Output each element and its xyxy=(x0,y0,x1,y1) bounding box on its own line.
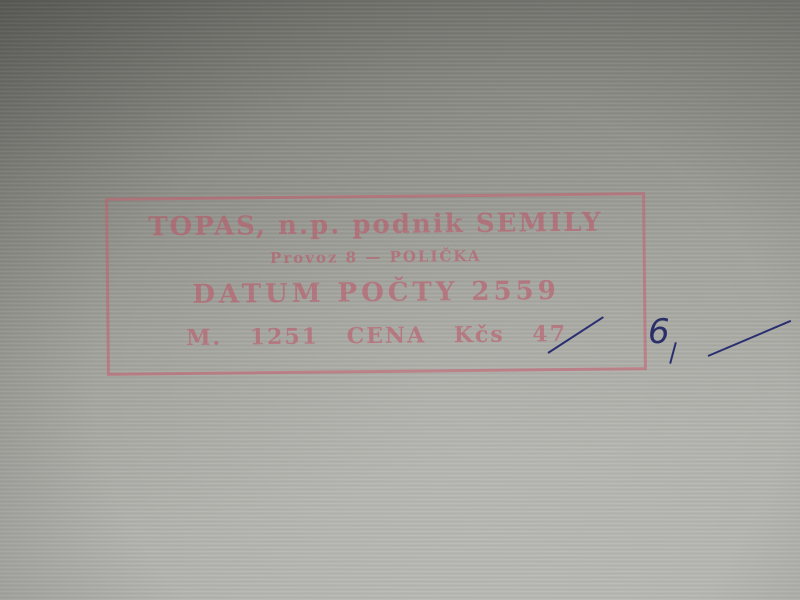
handwritten-price: 6 xyxy=(648,312,670,352)
handwritten-dash xyxy=(708,320,792,357)
stamp-line-location: Provoz 8 — POLIČKA xyxy=(109,245,643,269)
stamp-line-price: M. 1251 CENA Kčs 47 xyxy=(109,320,643,352)
red-rubber-stamp: TOPAS, n.p. podnik SEMILY Provoz 8 — POL… xyxy=(105,192,647,376)
handwritten-comma xyxy=(669,342,677,364)
stamp-line-count: DATUM POČTY 2559 xyxy=(109,275,643,311)
stamp-line-company: TOPAS, n.p. podnik SEMILY xyxy=(108,207,642,243)
